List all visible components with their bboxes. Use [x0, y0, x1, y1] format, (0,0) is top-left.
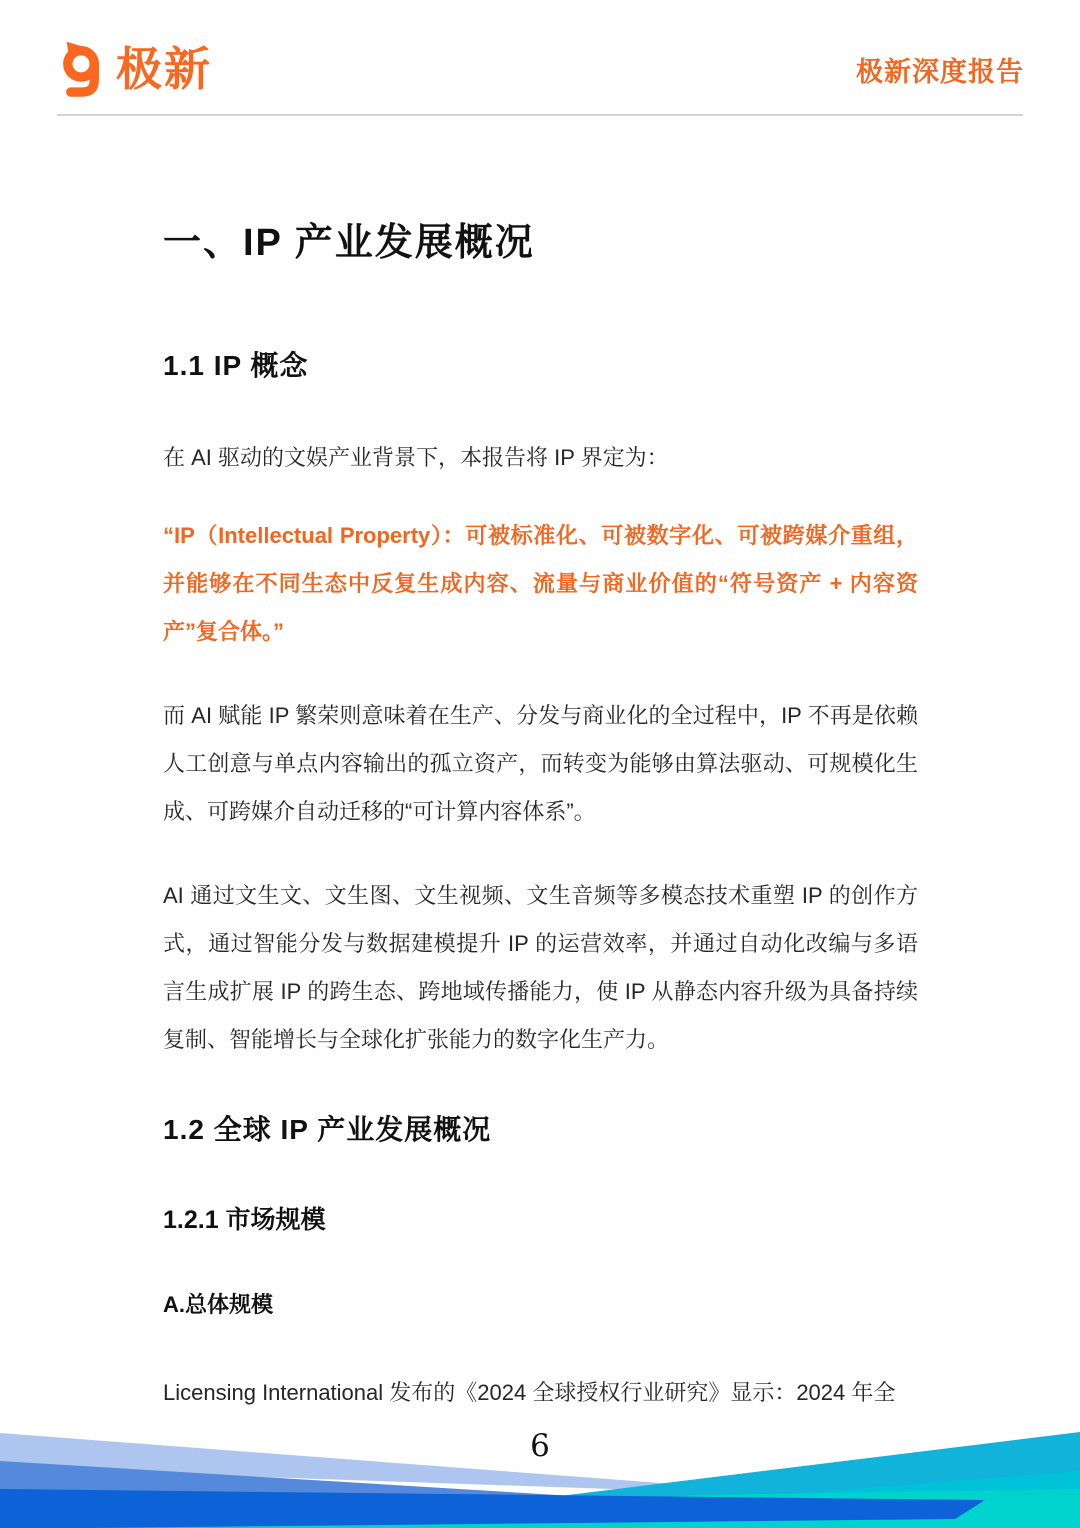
section-1-2-1-title: 1.2.1 市场规模: [163, 1200, 918, 1236]
jixin-logo-icon: [58, 40, 104, 98]
subsection-a-label: A.总体规模: [163, 1288, 918, 1319]
section-1-1-title: 1.1 IP 概念: [163, 344, 918, 384]
paragraph-ai-multimodal: AI 通过文生文、文生图、文生视频、文生音频等多模态技术重塑 IP 的创作方式，…: [163, 872, 918, 1064]
report-page: 极新 极新深度报告 一、IP 产业发展概况 1.1 IP 概念 在 AI 驱动的…: [0, 0, 1080, 1528]
header-divider: [57, 114, 1023, 116]
brand-logo: 极新: [58, 40, 212, 98]
page-number: 6: [0, 1428, 1080, 1464]
paragraph-licensing-data: Licensing International 发布的《2024 全球授权行业研…: [163, 1369, 918, 1417]
intro-paragraph: 在 AI 驱动的文娱产业背景下，本报告将 IP 界定为：: [163, 434, 918, 482]
section-1-2-title: 1.2 全球 IP 产业发展概况: [163, 1108, 918, 1148]
page-header: 极新 极新深度报告: [0, 0, 1080, 98]
chapter-title: 一、IP 产业发展概况: [163, 220, 918, 268]
page-content: 一、IP 产业发展概况 1.1 IP 概念 在 AI 驱动的文娱产业背景下，本报…: [0, 220, 1080, 1417]
ip-definition-quote: “IP（Intellectual Property）：可被标准化、可被数字化、可…: [163, 512, 918, 656]
paragraph-ai-empowerment: 而 AI 赋能 IP 繁荣则意味着在生产、分发与商业化的全过程中，IP 不再是依…: [163, 692, 918, 836]
brand-name: 极新: [116, 46, 212, 92]
report-series-label: 极新深度报告: [856, 50, 1024, 89]
